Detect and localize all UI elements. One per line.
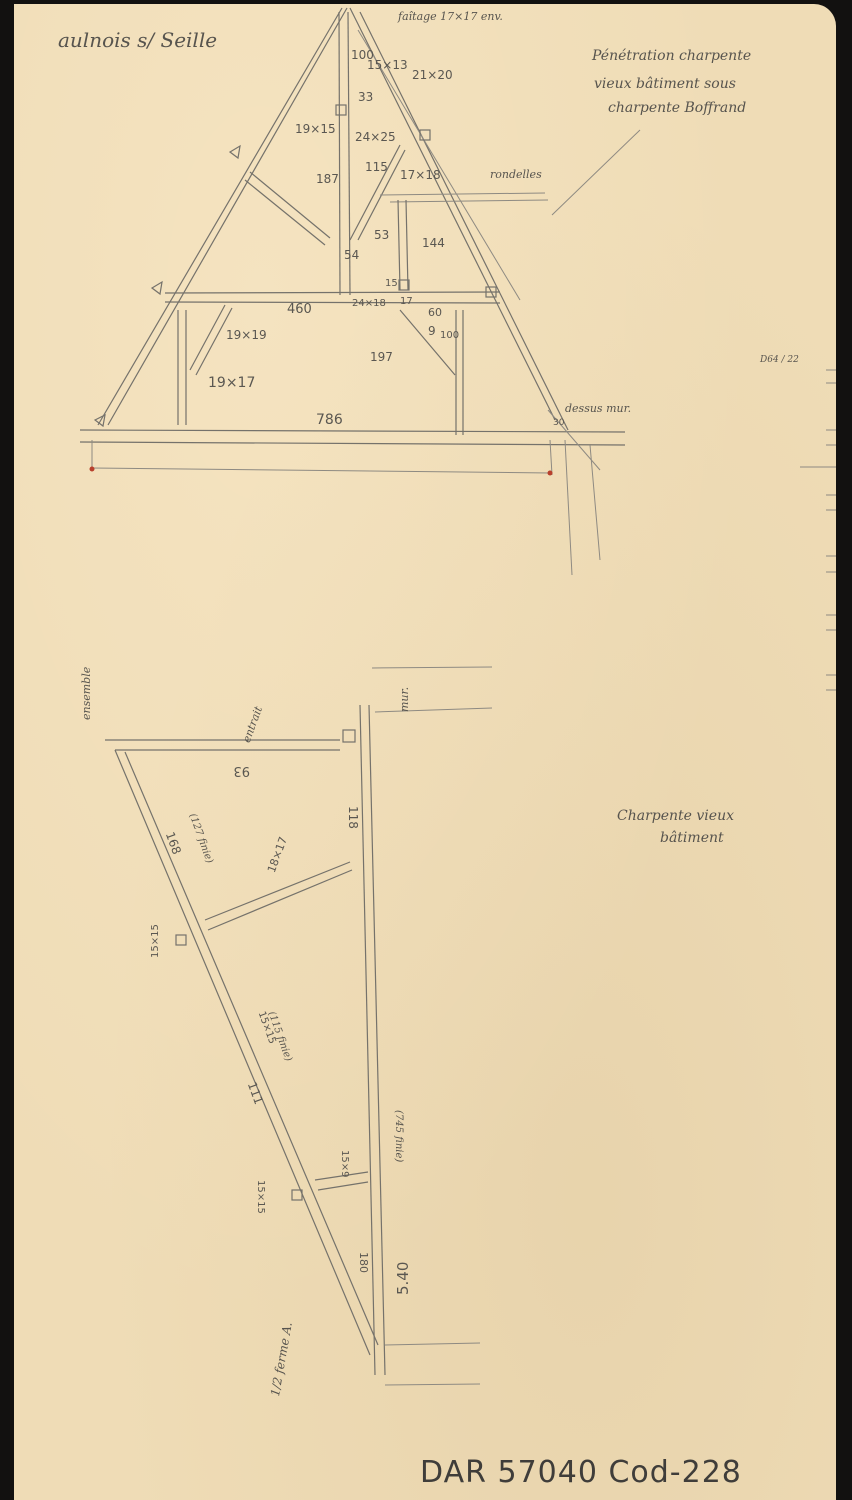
dim-540: 5.40 (394, 1262, 412, 1295)
ensemble-note: ensemble (80, 667, 93, 720)
dim-786: 786 (316, 412, 343, 428)
title-note-line1: Pénétration charpente (592, 48, 751, 64)
dim-19x15: 19×15 (295, 122, 336, 136)
dim-54: 54 (344, 248, 359, 262)
ridge-note: faîtage 17×17 env. (398, 10, 503, 23)
dim-24x18: 24×18 (352, 298, 386, 309)
rondelles-note: rondelles (490, 168, 542, 181)
dim-17: 17 (400, 296, 413, 307)
dim-187: 187 (316, 172, 339, 186)
dim-19x17: 19×17 (208, 375, 255, 391)
dim-24x25: 24×25 (355, 130, 396, 144)
dim-19x19: 19×19 (226, 328, 267, 342)
dim-100b: 100 (440, 330, 459, 341)
dim-15x15c: 15×15 (255, 1180, 266, 1214)
dim-15: 15 (385, 278, 398, 289)
dim-180: 180 (357, 1252, 370, 1273)
dim-745-note: (745 finie) (393, 1110, 404, 1162)
catalog-number: DAR 57040 Cod-228 (420, 1455, 742, 1490)
location-note: aulnois s/ Seille (58, 28, 217, 52)
dim-15x13: 15×13 (367, 58, 408, 72)
margin-note: D64 / 22 (760, 355, 799, 365)
dim-115: 115 (365, 160, 388, 174)
dim-460: 460 (287, 302, 312, 317)
dim-144: 144 (422, 236, 445, 250)
side-note-line1: Charpente vieux (617, 808, 734, 824)
dim-118: 118 (346, 806, 360, 829)
dim-15x9: 15×9 (339, 1150, 350, 1177)
dim-60: 60 (428, 306, 442, 319)
side-note-line2: bâtiment (660, 830, 724, 846)
dim-93: 93 (233, 763, 250, 778)
wall-note: mur. (398, 687, 411, 712)
dim-21x20: 21×20 (412, 68, 453, 82)
dim-17x18: 17×18 (400, 168, 441, 182)
dim-53: 53 (374, 228, 389, 242)
dim-197: 197 (370, 350, 393, 364)
dim-9: 9 (428, 324, 436, 338)
sketch-lines (0, 0, 852, 1500)
title-note-line3: charpente Boffrand (608, 100, 746, 116)
wall-top-note: dessus mur. (565, 402, 631, 415)
dim-30: 30 (553, 418, 564, 428)
ruler-ticks (800, 370, 836, 690)
lower-truss-drawing (105, 667, 492, 1385)
dim-15x15a: 15×15 (150, 924, 161, 958)
title-note-line2: vieux bâtiment sous (594, 76, 736, 92)
dim-33: 33 (358, 90, 373, 104)
